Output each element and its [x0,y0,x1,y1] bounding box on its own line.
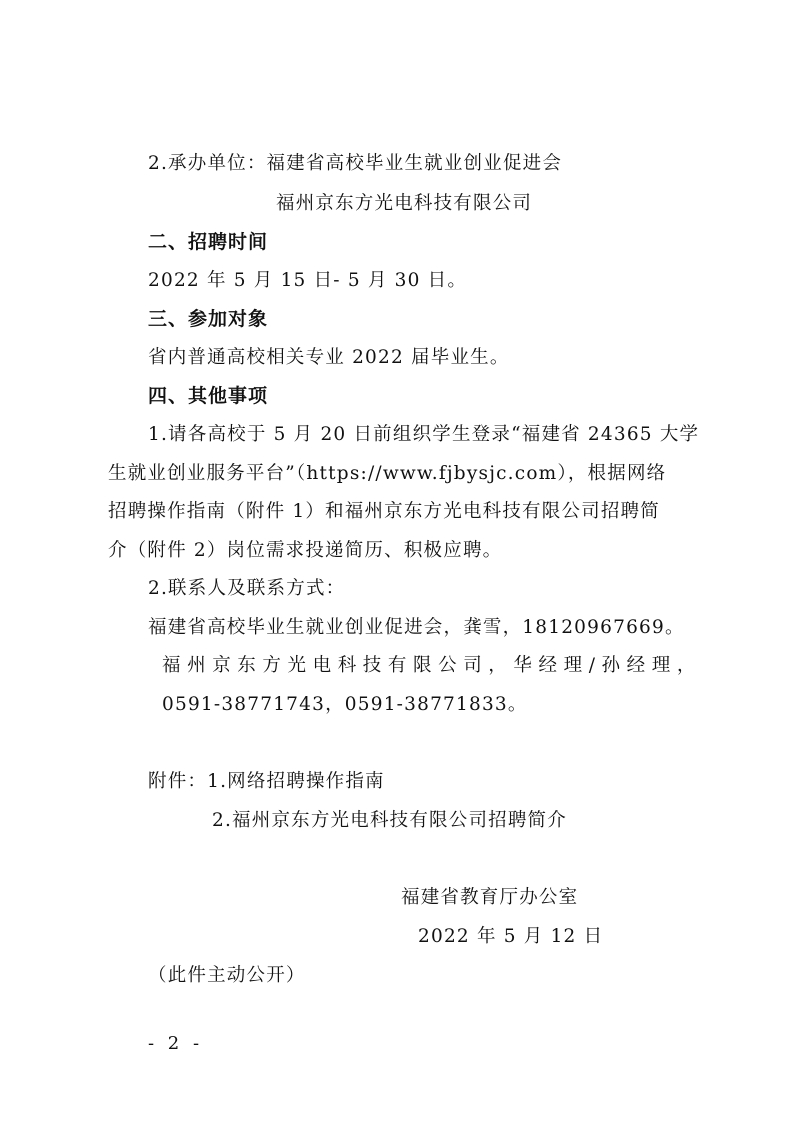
signature-date: 2022 年 5 月 12 日 [418,925,603,949]
item1-line-3: 招聘操作指南（附件 1）和福州京东方光电科技有限公司招聘简 [108,500,660,524]
section-heading-target: 三、参加对象 [148,307,268,331]
item1-line-1: 1.请各高校于 5 月 20 日前组织学生登录“福建省 24365 大学 [148,423,699,447]
organizer-second-line: 福州京东方光电科技有限公司 [276,192,532,216]
time-text: 2022 年 5 月 15 日- 5 月 30 日。 [148,269,467,293]
section-heading-other: 四、其他事项 [148,384,268,408]
contact-line-1: 福建省高校毕业生就业创业促进会，龚雪，18120967669。 [148,616,685,640]
attachments-label: 附件：1.网络招聘操作指南 [148,770,385,794]
organizer-line: 2.承办单位：福建省高校毕业生就业创业促进会 [148,152,562,176]
contact-line-3: 0591-38771743，0591-38771833。 [162,693,528,717]
target-text: 省内普通高校相关专业 2022 届毕业生。 [148,346,510,370]
disclosure-note: （此件主动公开） [148,964,306,988]
signature-office: 福建省教育厅办公室 [401,886,578,910]
section-heading-time: 二、招聘时间 [148,230,268,254]
page-number: - 2 - [148,1032,203,1056]
item1-line-4: 介（附件 2）岗位需求投递简历、积极应聘。 [108,539,502,563]
item1-line-2: 生就业创业服务平台”（https://www.fjbysjc.com），根据网络 [108,462,666,486]
attachments-second: 2.福州京东方光电科技有限公司招聘简介 [212,809,567,833]
item2-label: 2.联系人及联系方式： [148,577,345,601]
contact-line-2: 福州京东方光电科技有限公司，华经理/孙经理， [162,654,702,678]
